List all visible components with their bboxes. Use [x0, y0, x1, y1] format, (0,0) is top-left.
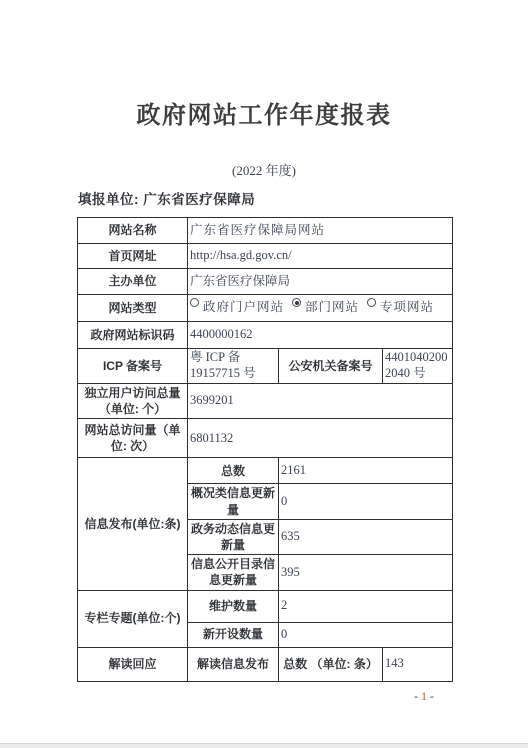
page-title: 政府网站工作年度报表: [0, 95, 528, 130]
report-table: 网站名称 广东省医疗保障局网站 首页网址 http://hsa.gd.gov.c…: [77, 217, 453, 682]
home-url-label: 首页网址: [78, 244, 188, 269]
info-publish-item-value: 2161: [279, 458, 453, 484]
page-bottom-edge: [0, 743, 528, 748]
site-type-options: 政府门户网站部门网站专项网站: [188, 295, 453, 322]
info-publish-item-label: 概况类信息更新量: [188, 484, 279, 519]
site-type-option: 部门网站: [292, 300, 359, 314]
special-columns-item-value: 2: [279, 590, 453, 622]
table-row: 网站类型 政府门户网站部门网站专项网站: [78, 295, 453, 322]
site-type-option-label: 专项网站: [380, 300, 434, 314]
radio-icon: [292, 298, 301, 307]
interpretation-sub-label: 解读信息发布: [188, 647, 279, 681]
info-publish-label: 信息发布(单位:条): [78, 458, 188, 590]
table-row: 解读回应 解读信息发布 总数 （单位: 条） 143: [78, 647, 453, 681]
info-publish-item-value: 395: [279, 555, 453, 590]
icp-value: 粤 ICP 备 19157715 号: [188, 349, 279, 384]
info-publish-item-label: 政务动态信息更新量: [188, 519, 279, 554]
total-visits-label: 网站总访问量（单位: 次）: [78, 419, 188, 458]
site-name-label: 网站名称: [78, 218, 188, 244]
interpretation-value: 143: [383, 647, 453, 681]
special-columns-item-label: 新开设数量: [188, 622, 279, 647]
site-type-option-label: 部门网站: [305, 300, 359, 314]
page-number: -1-: [414, 689, 434, 704]
table-row: 独立用户访问总量 （单位: 个） 3699201: [78, 384, 453, 419]
document-page: 政府网站工作年度报表 (2022 年度) 填报单位: 广东省医疗保障局 网站名称…: [0, 0, 528, 748]
site-code-label: 政府网站标识码: [78, 322, 188, 349]
info-publish-item-label: 总数: [188, 458, 279, 484]
site-type-option: 专项网站: [367, 300, 434, 314]
organizer-value: 广东省医疗保障局: [188, 269, 453, 295]
site-type-option: 政府门户网站: [190, 300, 284, 314]
total-visits-value: 6801132: [188, 419, 453, 458]
site-code-value: 4400000162: [188, 322, 453, 349]
special-columns-item-label: 维护数量: [188, 590, 279, 622]
table-row: ICP 备案号 粤 ICP 备 19157715 号 公安机关备案号 44010…: [78, 349, 453, 384]
report-year: (2022 年度): [0, 160, 528, 179]
table-row: 专栏专题(单位:个) 维护数量 2: [78, 590, 453, 622]
site-type-label: 网站类型: [78, 295, 188, 322]
unique-visitors-label: 独立用户访问总量 （单位: 个）: [78, 384, 188, 419]
security-record-label: 公安机关备案号: [279, 349, 383, 384]
info-publish-item-label: 信息公开目录信息更新量: [188, 555, 279, 590]
reporting-unit: 填报单位: 广东省医疗保障局: [78, 188, 255, 208]
table-row: 信息发布(单位:条) 总数 2161: [78, 458, 453, 484]
table-row: 网站名称 广东省医疗保障局网站: [78, 218, 453, 244]
table-row: 政府网站标识码 4400000162: [78, 322, 453, 349]
info-publish-item-value: 0: [279, 484, 453, 519]
icp-label: ICP 备案号: [78, 349, 188, 384]
info-publish-item-value: 635: [279, 519, 453, 554]
page-number-dash: -: [430, 689, 434, 703]
page-number-value: 1: [418, 689, 430, 703]
organizer-label: 主办单位: [78, 269, 188, 295]
site-type-option-label: 政府门户网站: [203, 300, 284, 314]
table-row: 网站总访问量（单位: 次） 6801132: [78, 419, 453, 458]
security-record-value: 44010402002040 号: [383, 349, 453, 384]
special-columns-item-value: 0: [279, 622, 453, 647]
radio-icon: [190, 298, 199, 307]
interpretation-label: 解读回应: [78, 647, 188, 681]
table-row: 主办单位 广东省医疗保障局: [78, 269, 453, 295]
special-columns-label: 专栏专题(单位:个): [78, 590, 188, 647]
interpretation-total-label: 总数 （单位: 条）: [279, 647, 383, 681]
unique-visitors-value: 3699201: [188, 384, 453, 419]
table-row: 首页网址 http://hsa.gd.gov.cn/: [78, 244, 453, 269]
site-name-value: 广东省医疗保障局网站: [188, 218, 453, 244]
home-url-value: http://hsa.gd.gov.cn/: [188, 244, 453, 269]
radio-icon: [367, 298, 376, 307]
